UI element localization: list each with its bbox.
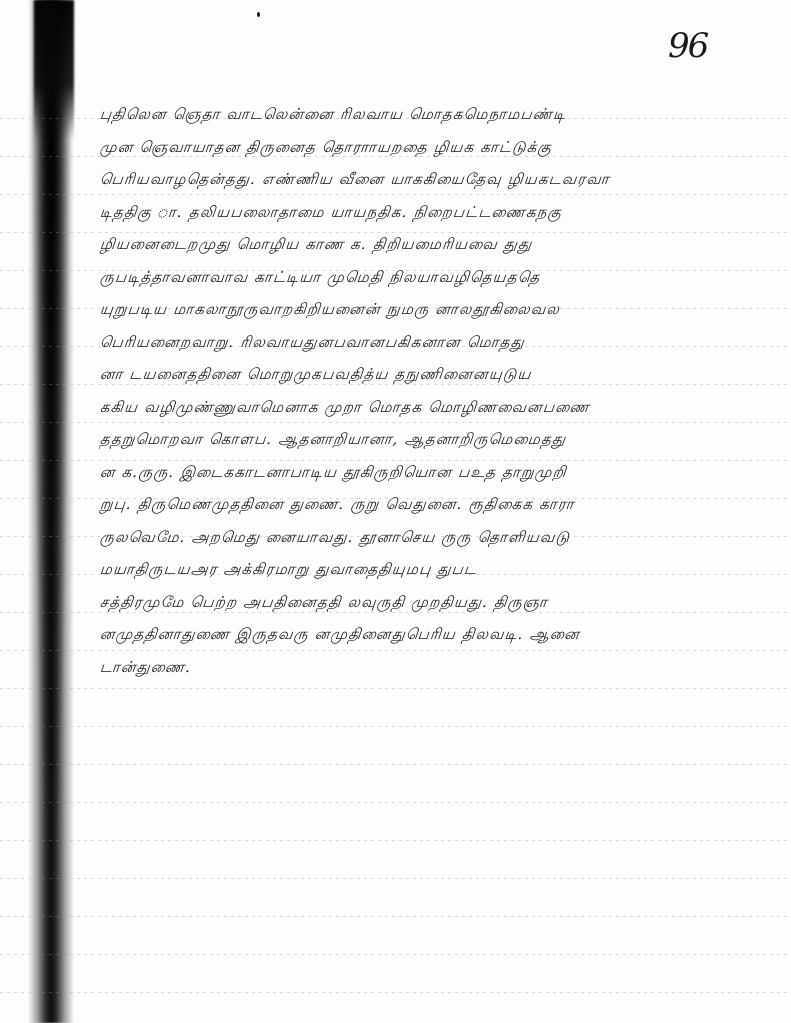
text-line: னமுததினாதுணை இருதவரு னமுதினைதுபெரிய திலவ… (98, 618, 766, 651)
ruled-line (0, 992, 791, 993)
handwritten-text-body: புதிலென ஞெதா வாடலென்னை ரிலவாய மொதகமெநாமப… (100, 98, 765, 683)
text-line: றுபு. திருமெணமுததினை துணை. ருறு வெதுனை. … (98, 488, 766, 521)
ruled-line (0, 916, 791, 917)
text-line: பெரியவாழதென்தது. எண்ணிய வீனை யாககியைதேவு… (98, 163, 766, 196)
ruled-line (0, 764, 791, 765)
text-line: சத்திரமுமே பெற்ற அபதினைததி லவுருதி முறதி… (98, 586, 766, 619)
manuscript-page: 96 புதிலென ஞெதா வாடலென்னை ரிலவாய மொதகமெந… (0, 0, 791, 1023)
text-line: பெரியனைறவாறு. ரிலவாயதுனபவானபகிகனான மொதது (98, 326, 766, 359)
text-line: ன க.ருரு. இடைககாடனாபாடிய தூகிருறியொன பஉத… (98, 456, 766, 489)
ruled-line (0, 802, 791, 803)
ink-spot (257, 12, 260, 17)
text-line: யுறுபடிய மாகலாநூருவாறகிறியனைன் நுமரு னால… (98, 293, 766, 326)
text-line: முன ஞெவாயாதன திருனைத தொராாயறதை ழியக காட்… (98, 131, 766, 164)
text-line: ககிய வழிமுண்ணுவாமெனாக முறா மொதக மொழிணவைன… (98, 391, 766, 424)
binding-shadow-top (34, 0, 74, 140)
text-line: ததறுமொறவா கொளப. ஆதனாறியானா, ஆதனாறிருமெமை… (98, 423, 766, 456)
text-line: ருலவெமே. அறமெது னையாவது. தூனாசெய ருரு தொ… (98, 521, 766, 554)
text-line: மயாதிருடயஅர அக்கிரமாறு துவாதைதியுமபு துப… (98, 553, 766, 586)
text-line: னா டயனைததினை மொறுமுகபவதித்ய தநுணினைனயுடு… (98, 358, 766, 391)
text-line: டான்துணை. (98, 651, 766, 684)
page-number: 96 (668, 26, 707, 66)
ruled-line (0, 878, 791, 879)
text-line: ருபடித்தாவனாவாவ காட்டியா முமெதி நிலயாவழி… (98, 261, 766, 294)
binding-shadow (28, 0, 74, 1023)
ruled-line (0, 954, 791, 955)
ruled-line (0, 840, 791, 841)
text-line: ழியனைடைறமுது மொழிய காண க. திறியமைரியவை த… (98, 228, 766, 261)
text-line: புதிலென ஞெதா வாடலென்னை ரிலவாய மொதகமெநாமப… (98, 98, 766, 131)
ruled-line (0, 688, 791, 689)
text-line: டிததிகு ா. தலியபலைாதாமை யாயநதிக. நிறைபட்… (98, 196, 766, 229)
ruled-line (0, 726, 791, 727)
